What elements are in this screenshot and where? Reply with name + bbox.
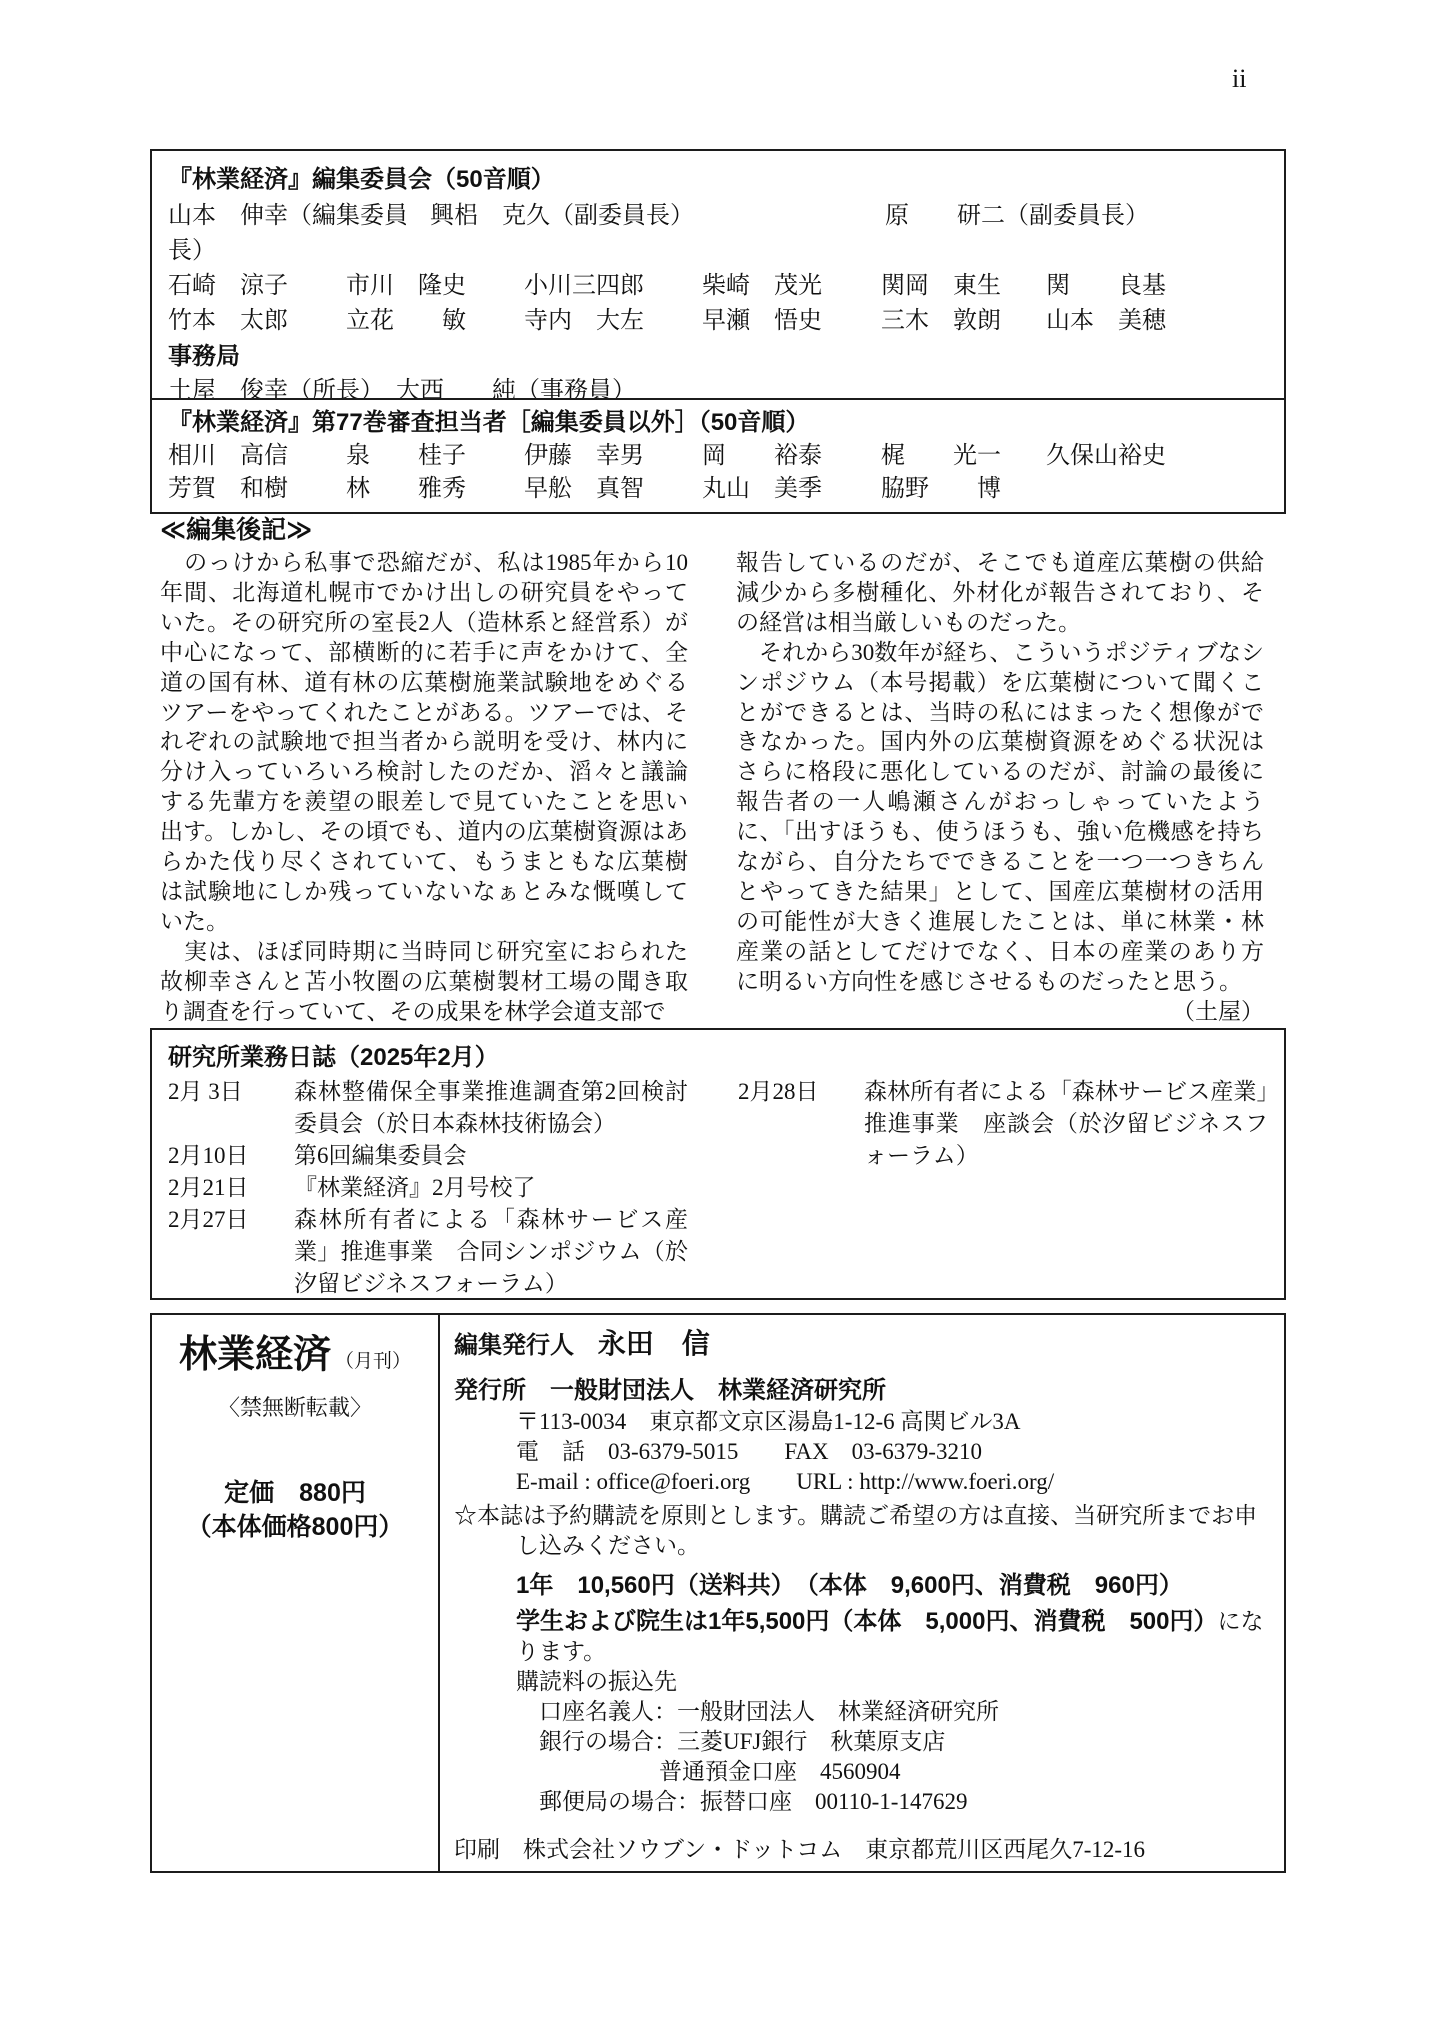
diary-entry: 2月10日 第6回編集委員会 — [168, 1140, 688, 1172]
committee-member: 立花 敏 — [346, 304, 524, 339]
reviewer-name — [1046, 473, 1268, 506]
postscript-right-column: 報告しているのだが、そこでも道産広葉樹の供給減少から多樹種化、外材化が報告されて… — [736, 548, 1264, 1027]
reviewer-name: 林 雅秀 — [346, 473, 524, 506]
issuer-line: 発行所 一般財団法人 林業経済研究所 — [454, 1375, 1270, 1407]
reviewer-name: 芳賀 和樹 — [168, 473, 346, 506]
committee-member: 早瀬 悟史 — [702, 304, 881, 339]
postscript-signature: （土屋） — [736, 997, 1264, 1027]
committee-member: 山本 美穂 — [1046, 304, 1268, 339]
journal-frequency: （月刊） — [335, 1351, 411, 1372]
bank-line: 銀行の場合：三菱UFJ銀行 秋葉原支店 — [539, 1727, 1270, 1757]
address-line: 〒113-0034 東京都文京区湯島1-12-6 高関ビル3A — [516, 1407, 1270, 1437]
diary-entry: 2月27日 森林所有者による「森林サービス産業」推進事業 合同シンポジウム（於汐… — [168, 1204, 688, 1300]
office-label: 事務局 — [168, 339, 1268, 374]
reviewer-name: 早舩 真智 — [524, 473, 702, 506]
postscript-paragraph: のっけから私事で恐縮だが、私は1985年から10年間、北海道札幌市でかけ出しの研… — [160, 548, 688, 937]
journal-title: 林業経済 — [179, 1334, 331, 1376]
diary-entry-text: 森林所有者による「森林サービス産業」推進事業 座談会（於汐留ビジネスフォーラム） — [846, 1076, 1268, 1172]
reviewers-box: 『林業経済』第77巻審査担当者［編集委員以外］（50音順） 相川 高信 泉 桂子… — [150, 398, 1286, 514]
diary-box: 研究所業務日誌（2025年2月） 2月 3日 森林整備保全事業推進調査第2回検討… — [150, 1028, 1286, 1300]
diary-entry: 2月28日 森林所有者による「森林サービス産業」推進事業 座談会（於汐留ビジネス… — [738, 1076, 1268, 1172]
committee-member: 寺内 大左 — [524, 304, 702, 339]
bank-account-line: 普通預金口座 4560904 — [659, 1757, 1270, 1787]
committee-member: 関 良基 — [1046, 269, 1268, 304]
diary-entry-date: 2月21日 — [168, 1172, 276, 1204]
subscription-note: ☆本誌は予約購読を原則とします。購読ご希望の方は直接、当研究所までお申し込みくだ… — [454, 1501, 1270, 1561]
committee-chair-row: 山本 伸幸（編集委員長） 興梠 克久（副委員長） 原 研二（副委員長） — [168, 199, 1268, 269]
reviewer-name: 岡 裕泰 — [702, 440, 881, 473]
committee-member-row: 竹本 太郎 立花 敏 寺内 大左 早瀬 悟史 三木 敦朗 山本 美穂 — [168, 304, 1268, 339]
committee-member: 石崎 涼子 — [168, 269, 346, 304]
postscript-paragraph: 報告しているのだが、そこでも道産広葉樹の供給減少から多樹種化、外材化が報告されて… — [736, 548, 1264, 638]
publisher-name: 永田 信 — [598, 1328, 710, 1359]
committee-member: 原 研二（副委員長） — [885, 199, 1268, 269]
diary-entry-date: 2月27日 — [168, 1204, 276, 1300]
committee-member: 三木 敦朗 — [881, 304, 1046, 339]
reviewer-row: 芳賀 和樹 林 雅秀 早舩 真智 丸山 美季 脇野 博 — [168, 473, 1268, 506]
account-holder-line: 口座名義人：一般財団法人 林業経済研究所 — [539, 1697, 1270, 1727]
editorial-committee-box: 『林業経済』編集委員会（50音順） 山本 伸幸（編集委員長） 興梠 克久（副委員… — [150, 149, 1286, 421]
reviewers-title: 『林業経済』第77巻審査担当者［編集委員以外］（50音順） — [168, 406, 1268, 440]
postscript-paragraph: それから30数年が経ち、こういうポジティブなシンポジウム（本号掲載）を広葉樹につ… — [736, 638, 1264, 997]
student-price-bold: 学生および院生は1年5,500円（本体 5,000円、消費税 500円） — [516, 1608, 1218, 1635]
committee-member-row: 石崎 涼子 市川 隆史 小川三四郎 柴崎 茂光 関岡 東生 関 良基 — [168, 269, 1268, 304]
reviewer-name: 脇野 博 — [881, 473, 1046, 506]
committee-member: 市川 隆史 — [346, 269, 524, 304]
publisher-row: 編集発行人 永田 信 — [454, 1323, 1270, 1367]
transfer-heading: 購読料の振込先 — [516, 1667, 1270, 1697]
postscript-left-column: のっけから私事で恐縮だが、私は1985年から10年間、北海道札幌市でかけ出しの研… — [160, 548, 688, 1027]
committee-member: 柴崎 茂光 — [702, 269, 881, 304]
diary-entry-text: 森林整備保全事業推進調査第2回検討委員会（於日本森林技術協会） — [276, 1076, 688, 1140]
postscript-paragraph: 実は、ほぼ同時期に当時同じ研究室におられた故柳幸さんと苫小牧圏の広葉樹製材工場の… — [160, 937, 688, 1027]
diary-left-column: 2月 3日 森林整備保全事業推進調査第2回検討委員会（於日本森林技術協会） 2月… — [168, 1076, 688, 1300]
phone-line: 電 話 03-6379-5015 FAX 03-6379-3210 — [516, 1437, 1270, 1467]
email-line: E-mail : office@foeri.org URL : http://w… — [516, 1467, 1270, 1497]
colophon-right-cell: 編集発行人 永田 信 発行所 一般財団法人 林業経済研究所 〒113-0034 … — [440, 1315, 1284, 1871]
diary-entry-text: 第6回編集委員会 — [276, 1140, 688, 1172]
committee-member: 山本 伸幸（編集委員長） — [168, 199, 430, 269]
annual-price-line: 1年 10,560円（送料共） （本体 9,600円、消費税 960円） — [516, 1569, 1270, 1603]
page-number: ii — [1232, 64, 1246, 94]
committee-title: 『林業経済』編集委員会（50音順） — [168, 161, 1268, 199]
reviewer-name: 久保山裕史 — [1046, 440, 1268, 473]
postal-line: 郵便局の場合：振替口座 00110-1-147629 — [539, 1787, 1270, 1817]
student-price-line: 学生および院生は1年5,500円（本体 5,000円、消費税 500円）になりま… — [516, 1607, 1270, 1667]
postscript-heading: ≪編集後記≫ — [160, 510, 312, 546]
committee-member: 竹本 太郎 — [168, 304, 346, 339]
diary-entry-date: 2月28日 — [738, 1076, 846, 1172]
reviewer-row: 相川 高信 泉 桂子 伊藤 幸男 岡 裕泰 梶 光一 久保山裕史 — [168, 440, 1268, 473]
no-reproduction-notice: 〈禁無断転載〉 — [152, 1391, 438, 1422]
reviewer-name: 相川 高信 — [168, 440, 346, 473]
committee-member: 興梠 克久（副委員長） — [430, 199, 885, 269]
diary-columns: 2月 3日 森林整備保全事業推進調査第2回検討委員会（於日本森林技術協会） 2月… — [168, 1076, 1268, 1300]
colophon-left-cell: 林業経済 （月刊） 〈禁無断転載〉 定価 880円 （本体価格800円） — [152, 1315, 440, 1871]
journal-colophon-page: ii 『林業経済』編集委員会（50音順） 山本 伸幸（編集委員長） 興梠 克久（… — [0, 0, 1434, 2024]
diary-title: 研究所業務日誌（2025年2月） — [168, 1040, 1268, 1076]
diary-entry-text: 森林所有者による「森林サービス産業」推進事業 合同シンポジウム（於汐留ビジネスフ… — [276, 1204, 688, 1300]
diary-entry-date: 2月10日 — [168, 1140, 276, 1172]
reviewer-name: 泉 桂子 — [346, 440, 524, 473]
postscript-body: のっけから私事で恐縮だが、私は1985年から10年間、北海道札幌市でかけ出しの研… — [160, 548, 1264, 1027]
committee-member: 小川三四郎 — [524, 269, 702, 304]
diary-entry-text: 『林業経済』2月号校了 — [276, 1172, 688, 1204]
diary-entry-date: 2月 3日 — [168, 1076, 276, 1140]
publisher-label: 編集発行人 — [454, 1332, 574, 1359]
diary-entry: 2月21日 『林業経済』2月号校了 — [168, 1172, 688, 1204]
reviewer-name: 伊藤 幸男 — [524, 440, 702, 473]
diary-entry: 2月 3日 森林整備保全事業推進調査第2回検討委員会（於日本森林技術協会） — [168, 1076, 688, 1140]
reviewer-name: 丸山 美季 — [702, 473, 881, 506]
journal-title-row: 林業経済 （月刊） — [152, 1333, 438, 1377]
diary-right-column: 2月28日 森林所有者による「森林サービス産業」推進事業 座談会（於汐留ビジネス… — [738, 1076, 1268, 1300]
price-base: （本体価格800円） — [152, 1510, 438, 1544]
reviewer-name: 梶 光一 — [881, 440, 1046, 473]
printer-line: 印刷 株式会社ソウブン・ドットコム 東京都荒川区西尾久7-12-16 — [454, 1835, 1270, 1865]
price: 定価 880円 — [152, 1476, 438, 1510]
colophon-box: 林業経済 （月刊） 〈禁無断転載〉 定価 880円 （本体価格800円） 編集発… — [150, 1313, 1286, 1873]
committee-member: 関岡 東生 — [881, 269, 1046, 304]
